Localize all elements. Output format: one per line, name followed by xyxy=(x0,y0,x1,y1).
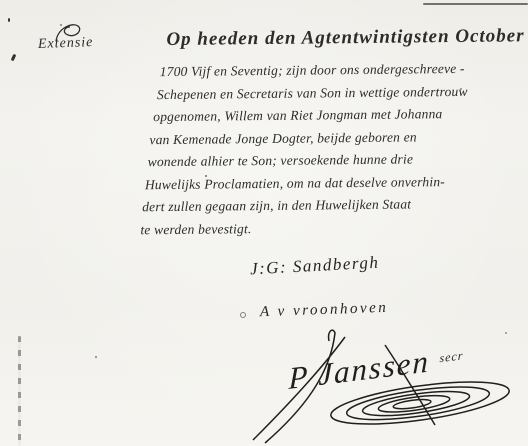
ink-speck xyxy=(240,312,246,318)
manuscript-line: Schepenen en Secretaris van Son in wetti… xyxy=(157,84,468,103)
signature-sandbergh: J:G: Sandbergh xyxy=(250,253,380,280)
manuscript-line: Op heeden den Agtentwintigsten October xyxy=(166,25,524,51)
signature-vroonhoven: A v vroonhoven xyxy=(260,300,389,321)
signature-secretary-title: secr xyxy=(439,348,463,365)
scan-edge-artifact xyxy=(423,3,528,5)
signature-flourish xyxy=(235,325,528,446)
manuscript-line: opgenomen, Willem van Riet Jongman met J… xyxy=(153,106,442,125)
document-scan: Extensie Op heeden den Agtentwintigsten … xyxy=(0,0,528,446)
ink-speck xyxy=(95,356,97,358)
manuscript-line: te werden bevestigt. xyxy=(140,221,251,238)
scan-streak-artifact xyxy=(18,336,21,446)
ink-speck xyxy=(11,54,17,62)
manuscript-line: wonende alhier te Son; versoekende hunne… xyxy=(148,151,414,170)
manuscript-line: 1700 Vijf en Seventig; zijn door ons ond… xyxy=(160,61,465,80)
margin-note: Extensie xyxy=(38,35,94,53)
manuscript-line: Huwelijks Proclamatien, om na dat deselv… xyxy=(145,174,445,193)
manuscript-line: dert zullen gegaan zijn, in den Huwelijk… xyxy=(142,196,411,215)
ink-speck xyxy=(8,18,10,22)
manuscript-line: van Kemenade Jonge Dogter, beijde gebore… xyxy=(149,129,416,148)
